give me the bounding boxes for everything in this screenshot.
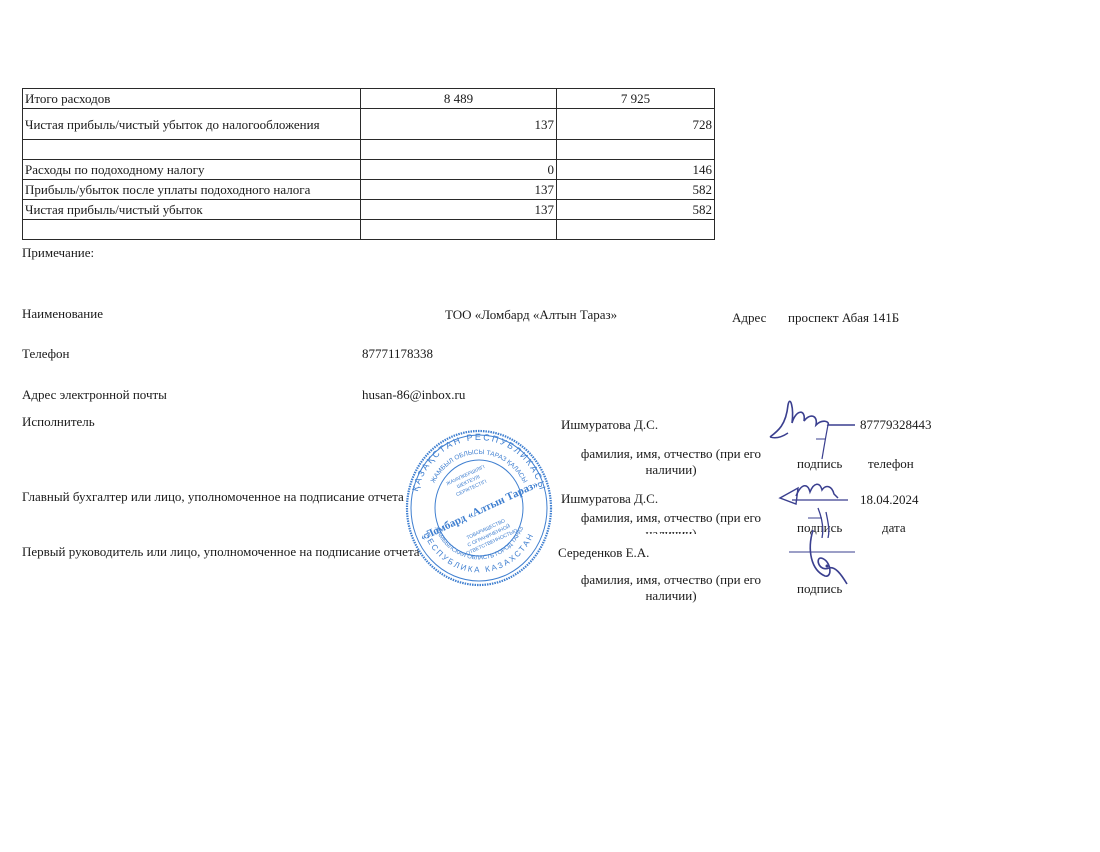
table-row: Прибыль/убыток после уплаты подоходного … [23, 180, 715, 200]
chief-accountant-name: Ишмуратова Д.С. [561, 491, 658, 507]
row-value-previous: 146 [557, 160, 715, 180]
head-signature-icon [785, 520, 865, 600]
row-value-previous [557, 220, 715, 240]
company-address-value: проспект Абая 141Б [788, 310, 899, 326]
executor-role: Исполнитель [22, 414, 95, 430]
head-role: Первый руководитель или лицо, уполномоче… [22, 544, 420, 560]
row-label [23, 220, 361, 240]
table-row [23, 140, 715, 160]
email-value: husan-86@inbox.ru [362, 387, 465, 403]
table-row: Чистая прибыль/чистый убыток137582 [23, 200, 715, 220]
email-label: Адрес электронной почты [22, 387, 167, 403]
table-row: Расходы по подоходному налогу0146 [23, 160, 715, 180]
row-value-current: 8 489 [361, 89, 557, 109]
company-address-label: Адрес [732, 310, 766, 326]
company-stamp-icon: ҚАЗАҚСТАН РЕСПУБЛИКАСЫ РЕСПУБЛИКА КАЗАХС… [404, 428, 554, 588]
row-value-current: 137 [361, 200, 557, 220]
row-value-current [361, 220, 557, 240]
row-value-current: 137 [361, 109, 557, 140]
company-name-value: ТОО «Ломбард «Алтын Тараз» [445, 307, 617, 323]
row-value-previous [557, 140, 715, 160]
row-value-previous: 582 [557, 180, 715, 200]
row-value-current [361, 140, 557, 160]
executor-signature-icon [760, 395, 860, 465]
row-label: Расходы по подоходному налогу [23, 160, 361, 180]
financial-summary-table: Итого расходов8 4897 925Чистая прибыль/ч… [22, 88, 715, 240]
row-value-current: 0 [361, 160, 557, 180]
phone-value: 87771178338 [362, 346, 433, 362]
row-value-previous: 582 [557, 200, 715, 220]
executor-phone-value: 87779328443 [860, 417, 932, 433]
row-label: Чистая прибыль/чистый убыток [23, 200, 361, 220]
report-date-value: 18.04.2024 [860, 492, 919, 508]
company-name-label: Наименование [22, 306, 103, 322]
executor-phone-caption: телефон [868, 456, 914, 472]
row-label: Чистая прибыль/чистый убыток до налогооб… [23, 109, 361, 140]
head-name: Середенков Е.А. [558, 545, 649, 561]
executor-name: Ишмуратова Д.С. [561, 417, 658, 433]
row-value-previous: 7 925 [557, 89, 715, 109]
row-label: Итого расходов [23, 89, 361, 109]
row-value-previous: 728 [557, 109, 715, 140]
row-label [23, 140, 361, 160]
head-fio-caption: фамилия, имя, отчество (при его наличии) [565, 572, 777, 604]
table-row [23, 220, 715, 240]
row-label: Прибыль/убыток после уплаты подоходного … [23, 180, 361, 200]
row-value-current: 137 [361, 180, 557, 200]
note-label: Примечание: [22, 245, 94, 261]
executor-fio-caption: фамилия, имя, отчество (при его наличии) [565, 446, 777, 478]
table-row: Итого расходов8 4897 925 [23, 89, 715, 109]
chief-accountant-role: Главный бухгалтер или лицо, уполномоченн… [22, 489, 404, 505]
report-date-caption: дата [882, 520, 906, 536]
phone-label: Телефон [22, 346, 70, 362]
table-row: Чистая прибыль/чистый убыток до налогооб… [23, 109, 715, 140]
chief-accountant-fio-caption: фамилия, имя, отчество (при его наличии) [565, 510, 777, 534]
